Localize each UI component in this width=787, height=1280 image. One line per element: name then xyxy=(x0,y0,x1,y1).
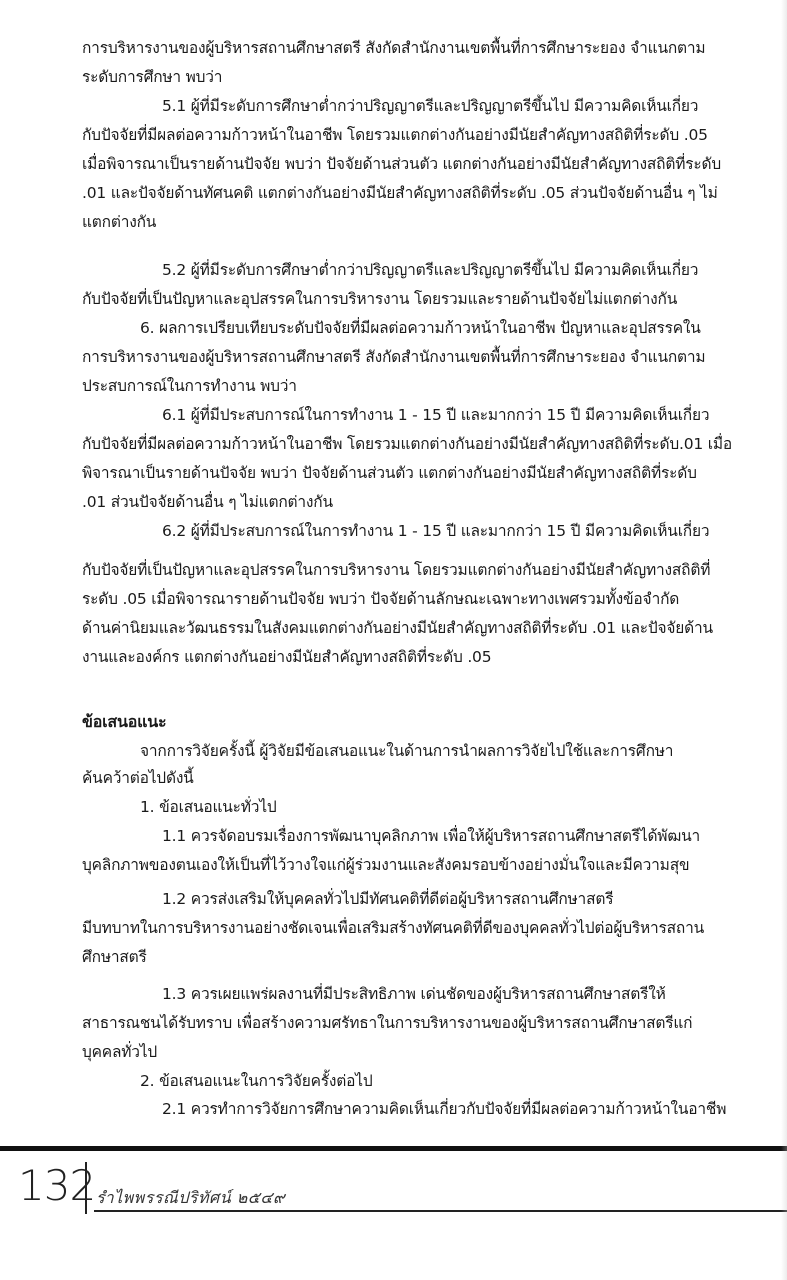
document-page: การบริหารงานของผู้บริหารสถานศึกษาสตรี สั… xyxy=(0,0,787,1280)
body-line: .01 ส่วนปัจจัยด้านอื่น ๆ ไม่แตกต่างกัน xyxy=(82,492,772,512)
list-heading: 2. ข้อเสนอแนะในการวิจัยครั้งต่อไป xyxy=(140,1071,787,1091)
body-line: เมื่อพิจารณาเป็นรายด้านปัจจัย พบว่า ปัจจ… xyxy=(82,154,772,174)
body-line: ศึกษาสตรี xyxy=(82,947,772,967)
body-line: แตกต่างกัน xyxy=(82,212,772,232)
body-line: กับปัจจัยที่เป็นปัญหาและอุปสรรคในการบริห… xyxy=(82,289,772,309)
body-line: งานและองค์กร แตกต่างกันอย่างมีนัยสำคัญทา… xyxy=(82,647,772,667)
body-line: 6.2 ผู้ที่มีประสบการณ์ในการทำงาน 1 - 15 … xyxy=(162,521,787,541)
journal-title: รำไพพรรณีปริทัศน์ ๒๕๔๙ xyxy=(96,1186,285,1211)
body-line: จากการวิจัยครั้งนี้ ผู้วิจัยมีข้อเสนอแนะ… xyxy=(140,741,787,761)
body-line: การบริหารงานของผู้บริหารสถานศึกษาสตรี สั… xyxy=(82,38,772,58)
footer-rule-thick xyxy=(0,1146,787,1151)
section-heading: ข้อเสนอแนะ xyxy=(82,712,772,732)
list-heading: 1. ข้อเสนอแนะทั่วไป xyxy=(140,797,787,817)
body-line: 1.2 ควรส่งเสริมให้บุคคลทั่วไปมีทัศนคติที… xyxy=(162,889,787,909)
body-line: สาธารณชนได้รับทราบ เพื่อสร้างความศรัทธาใ… xyxy=(82,1013,772,1033)
body-line: 1.3 ควรเผยแพร่ผลงานที่มีประสิทธิภาพ เด่น… xyxy=(162,984,787,1004)
body-line: การบริหารงานของผู้บริหารสถานศึกษาสตรี สั… xyxy=(82,347,772,367)
body-line: ประสบการณ์ในการทำงาน พบว่า xyxy=(82,376,772,396)
body-line: กับปัจจัยที่เป็นปัญหาและอุปสรรคในการบริห… xyxy=(82,560,772,580)
body-line: 6. ผลการเปรียบเทียบระดับปัจจัยที่มีผลต่อ… xyxy=(140,318,787,338)
footer-divider xyxy=(85,1162,87,1214)
body-line: บุคคลทั่วไป xyxy=(82,1042,772,1062)
body-line: 1.1 ควรจัดอบรมเรื่องการพัฒนาบุคลิกภาพ เพ… xyxy=(162,826,787,846)
body-line: บุคลิกภาพของตนเองให้เป็นที่ไว้วางใจแก่ผู… xyxy=(82,855,772,875)
body-line: มีบทบาทในการบริหารงานอย่างชัดเจนเพื่อเสร… xyxy=(82,918,772,938)
body-line: ค้นคว้าต่อไปดังนี้ xyxy=(82,768,772,788)
body-line: กับปัจจัยที่มีผลต่อความก้าวหน้าในอาชีพ โ… xyxy=(82,434,772,454)
body-line: ด้านค่านิยมและวัฒนธรรมในสังคมแตกต่างกันอ… xyxy=(82,618,772,638)
body-line: กับปัจจัยที่มีผลต่อความก้าวหน้าในอาชีพ โ… xyxy=(82,125,772,145)
body-line: 6.1 ผู้ที่มีประสบการณ์ในการทำงาน 1 - 15 … xyxy=(162,405,787,425)
body-line: ระดับ .05 เมื่อพิจารณารายด้านปัจจัย พบว่… xyxy=(82,589,772,609)
page-edge-shadow xyxy=(781,0,787,1280)
body-line: ระดับการศึกษา พบว่า xyxy=(82,67,772,87)
page-number: 132 xyxy=(18,1164,95,1208)
body-line: 5.2 ผู้ที่มีระดับการศึกษาต่ำกว่าปริญญาตร… xyxy=(162,260,787,280)
body-line: 2.1 ควรทำการวิจัยการศึกษาความคิดเห็นเกี่… xyxy=(162,1099,787,1119)
body-line: 5.1 ผู้ที่มีระดับการศึกษาต่ำกว่าปริญญาตร… xyxy=(162,96,787,116)
footer-rule-thin xyxy=(94,1210,787,1212)
body-line: .01 และปัจจัยด้านทัศนคติ แตกต่างกันอย่าง… xyxy=(82,183,772,203)
body-line: พิจารณาเป็นรายด้านปัจจัย พบว่า ปัจจัยด้า… xyxy=(82,463,772,483)
